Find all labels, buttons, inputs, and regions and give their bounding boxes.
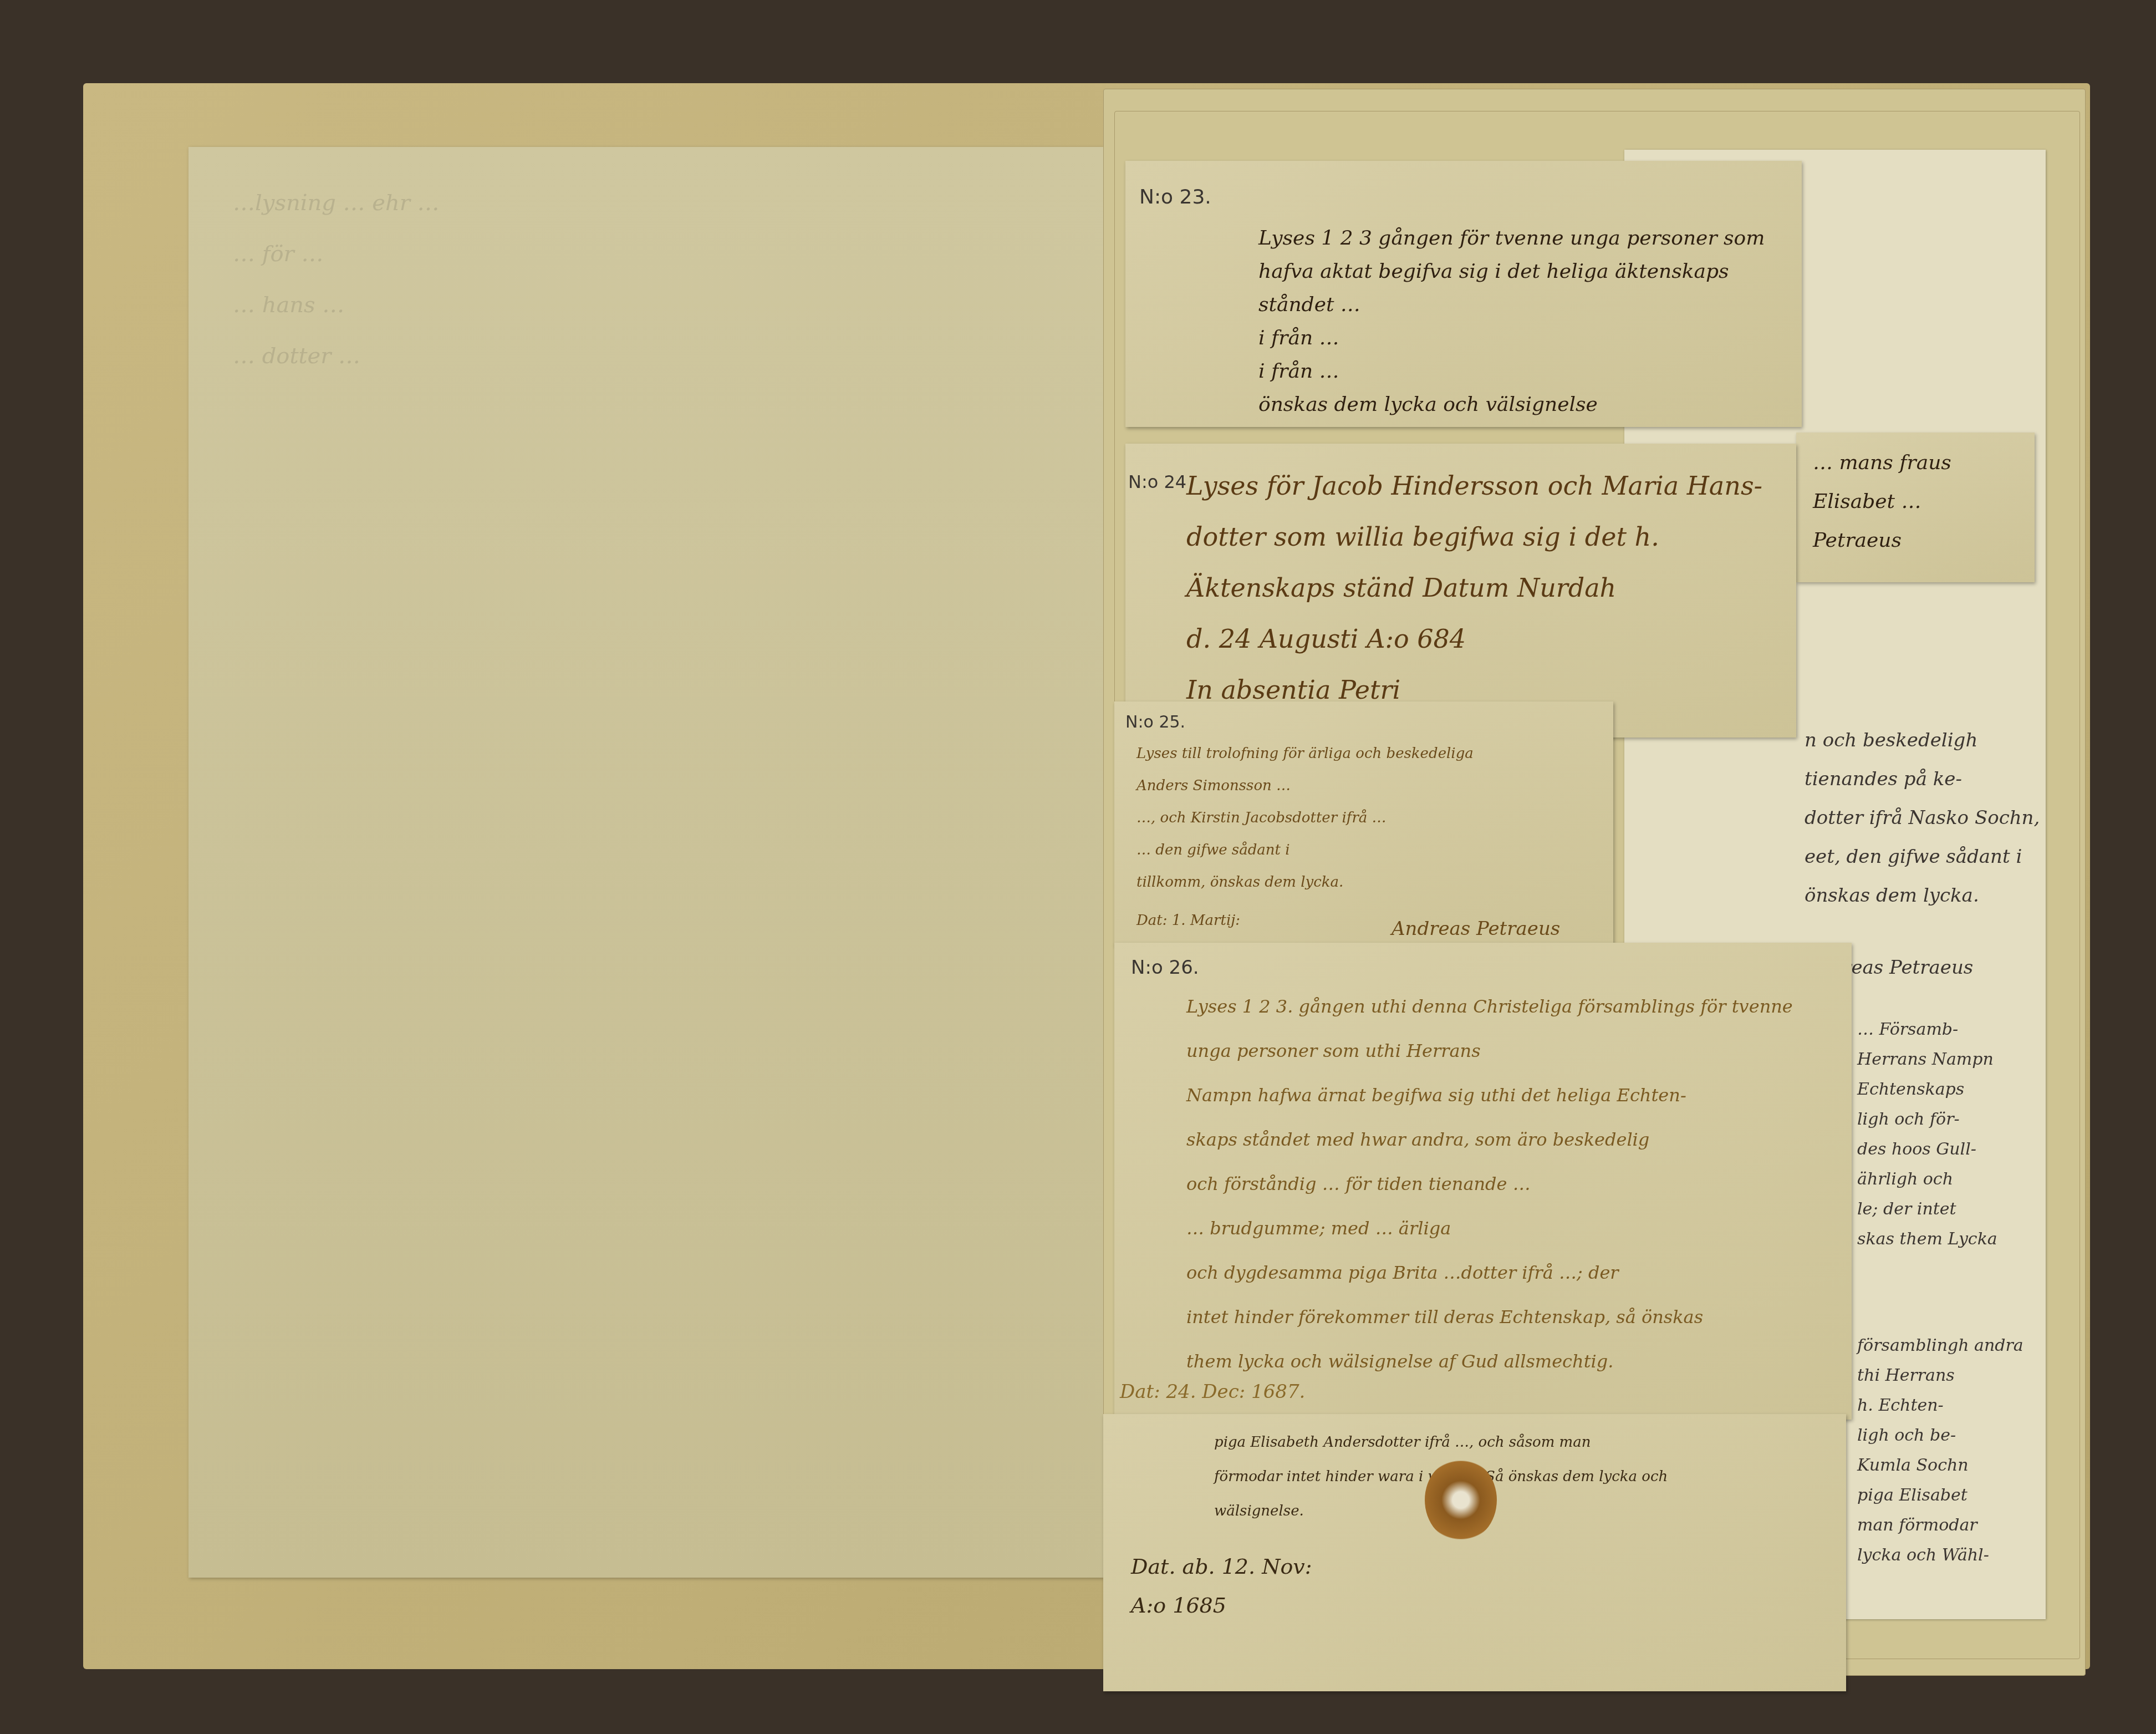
transcription-bottom: församblingh andra thi Herrans h. Echten… [1857,1331,2035,1570]
slip-text: Lyses till trolofning för ärliga och bes… [1136,738,1602,898]
slip-number: N:o 26. [1131,957,1199,979]
banns-slip-25: N:o 25. Lyses till trolofning för ärliga… [1114,701,1613,945]
bleed-through-text: …lysning … ehr … … för … … hans … … dott… [233,177,1064,382]
slip-number: N:o 24 [1128,471,1186,492]
wax-stain [1425,1458,1497,1542]
slip-date: Dat. ab. 12. Nov: A:o 1685 [1131,1547,1353,1625]
banns-slip-26: N:o 26. Lyses 1 2 3. gången uthi denna C… [1114,943,1852,1420]
slip-number: N:o 25. [1125,713,1185,732]
slip-text: Lyses 1 2 3 gången för tvenne unga perso… [1258,222,1791,421]
banns-slip-23: N:o 23. Lyses 1 2 3 gången för tvenne un… [1125,161,1802,427]
slip-text: piga Elisabeth Andersdotter ifrå …, och … [1214,1425,1824,1528]
slip-number: N:o 23. [1139,186,1211,209]
slip-date: Dat: 24. Dec: 1687. [1120,1381,1305,1403]
transcription-mid: … Församb- Herrans Nampn Echtenskaps lig… [1857,1015,2035,1254]
slip-text: Lyses 1 2 3. gången uthi denna Christeli… [1186,984,1835,1384]
banns-slip-24: N:o 24 Lyses för Jacob Hindersson och Ma… [1125,444,1796,738]
banns-slip-23-continuation: … mans fraus Elisabet … Petraeus [1796,433,2035,582]
slip-date: Dat: 1. Martij: [1136,912,1240,929]
banns-slip-bottom: piga Elisabeth Andersdotter ifrå …, och … [1103,1414,1846,1691]
slip-signature: Andreas Petraeus [1392,918,1560,940]
